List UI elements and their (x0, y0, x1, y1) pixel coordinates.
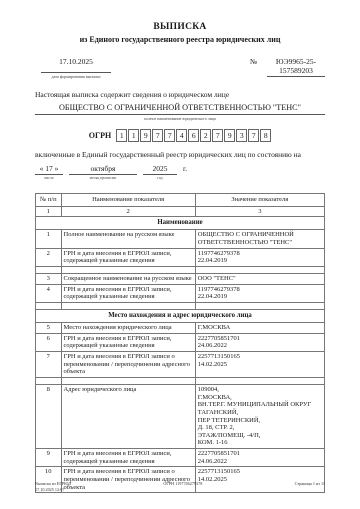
as-of-month: октября месяц прописью (69, 164, 137, 180)
row-number: 2 (36, 248, 62, 266)
year-suffix: г. (183, 164, 187, 173)
as-of-month-caption: месяц прописью (90, 176, 117, 180)
table-row: 1Полное наименование на русском языкеОБЩ… (36, 230, 325, 248)
row-number: 1 (36, 230, 62, 248)
table-row: 7ГРН и дата внесения в ЕГРЮЛ записи о пе… (36, 351, 325, 377)
as-of-year-value: 2025 (143, 164, 177, 175)
ogrn-digit: 7 (212, 129, 223, 142)
formation-date: 17.10.2025 (41, 57, 111, 73)
row-number: 9 (36, 449, 62, 467)
section-title: Наименование (36, 217, 325, 230)
document-number-block: № ЮЭ9965-25- 157589203 (250, 57, 325, 77)
document-subtitle: из Единого государственного реестра юрид… (35, 35, 325, 44)
footer-left: Выписка из ЕГРЮЛ 17.10.2025 12:07 (35, 481, 71, 493)
indicator-value: 1197746279378 22.04.2019 (195, 248, 324, 266)
spacer-row (36, 377, 325, 384)
section-row: Место нахождения и адрес юридического ли… (36, 309, 325, 322)
indicator-value: ОБЩЕСТВО С ОГРАНИЧЕННОЙ ОТВЕТСТВЕННОСТЬЮ… (195, 230, 324, 248)
indicator-table-body: Наименование1Полное наименование на русс… (36, 217, 325, 493)
column-number-3: 3 (195, 206, 324, 217)
indicator-value: 2227705851701 24.06.2022 (195, 449, 324, 467)
spacer-cell (195, 302, 324, 309)
ogrn-digit: 3 (236, 129, 247, 142)
ogrn-digit: 6 (188, 129, 199, 142)
ogrn-row: ОГРН 1197746279378 (35, 129, 325, 142)
section-row: Наименование (36, 217, 325, 230)
header-cell-value: Значение показателя (195, 194, 324, 207)
indicator-value: 109004, Г.МОСКВА, ВН.ТЕР.Г. МУНИЦИПАЛЬНЫ… (195, 384, 324, 448)
indicator-table: № п/п Наименование показателя Значение п… (35, 193, 325, 493)
spacer-cell (61, 266, 195, 273)
document-number: ЮЭ9965-25- 157589203 (267, 57, 325, 77)
header-cell-name: Наименование показателя (61, 194, 195, 207)
row-number: 3 (36, 273, 62, 284)
indicator-name: ГРН и дата внесения в ЕГРЮЛ записи, соде… (61, 284, 195, 302)
as-of-month-value: октября (69, 164, 137, 175)
indicator-name: Полное наименование на русском языке (61, 230, 195, 248)
indicator-value: 1197746279378 22.04.2019 (195, 284, 324, 302)
indicator-value: 2227705851701 24.06.2022 (195, 333, 324, 351)
ogrn-digit: 9 (224, 129, 235, 142)
meta-row: 17.10.2025 дата формирования выписки № Ю… (35, 57, 325, 79)
ogrn-digit: 1 (128, 129, 139, 142)
spacer-row (36, 266, 325, 273)
row-number: 5 (36, 322, 62, 333)
spacer-cell (195, 266, 324, 273)
company-name-caption: полное наименование юридического лица (35, 116, 325, 121)
table-row: 8Адрес юридического лица109004, Г.МОСКВА… (36, 384, 325, 448)
row-number: 4 (36, 284, 62, 302)
table-row: 3Сокращенное наименование на русском язы… (36, 273, 325, 284)
table-row: 5Место нахождения юридического лицаГ.МОС… (36, 322, 325, 333)
spacer-cell (36, 266, 62, 273)
page-footer: Выписка из ЕГРЮЛ 17.10.2025 12:07 ОГРН 1… (35, 481, 325, 493)
spacer-cell (36, 302, 62, 309)
ogrn-digit-boxes: 1197746279378 (116, 129, 271, 142)
indicator-name: Сокращенное наименование на русском язык… (61, 273, 195, 284)
column-number-row: 1 2 3 (36, 206, 325, 217)
column-number-1: 1 (36, 206, 62, 217)
spacer-row (36, 302, 325, 309)
header-row: № п/п Наименование показателя Значение п… (36, 194, 325, 207)
footer-timestamp: 17.10.2025 12:07 (35, 487, 71, 493)
table-row: 6ГРН и дата внесения в ЕГРЮЛ записи, сод… (36, 333, 325, 351)
spacer-cell (195, 377, 324, 384)
formation-date-caption: дата формирования выписки (41, 74, 111, 79)
spacer-cell (61, 377, 195, 384)
ogrn-digit: 7 (152, 129, 163, 142)
document-number-line1: ЮЭ9965-25- (267, 57, 325, 66)
row-number: 8 (36, 384, 62, 448)
formation-date-block: 17.10.2025 дата формирования выписки (41, 57, 111, 79)
indicator-name: Место нахождения юридического лица (61, 322, 195, 333)
table-row: 4ГРН и дата внесения в ЕГРЮЛ записи, сод… (36, 284, 325, 302)
egrul-extract-page: ВЫПИСКА из Единого государственного реес… (0, 0, 360, 509)
ogrn-label: ОГРН (89, 131, 111, 140)
number-sign: № (250, 57, 257, 66)
ogrn-digit: 7 (164, 129, 175, 142)
table-row: 9ГРН и дата внесения в ЕГРЮЛ записи, сод… (36, 449, 325, 467)
indicator-value: Г.МОСКВА (195, 322, 324, 333)
indicator-name: ГРН и дата внесения в ЕГРЮЛ записи, соде… (61, 333, 195, 351)
indicator-table-head: № п/п Наименование показателя Значение п… (36, 194, 325, 217)
as-of-day-caption: число (44, 176, 53, 180)
document-number-line2: 157589203 (267, 66, 325, 75)
row-number: 6 (36, 333, 62, 351)
ogrn-digit: 9 (140, 129, 151, 142)
header-cell-num: № п/п (36, 194, 62, 207)
ogrn-digit: 4 (176, 129, 187, 142)
footer-page-number: Страница 1 из 11 (295, 481, 325, 486)
indicator-name: ГРН и дата внесения в ЕГРЮЛ записи, соде… (61, 248, 195, 266)
intro-line: Настоящая выписка содержит сведения о юр… (35, 90, 325, 99)
as-of-year-caption: год (157, 176, 162, 180)
as-of-day: « 17 » число (35, 164, 63, 180)
column-number-2: 2 (61, 206, 195, 217)
ogrn-digit: 1 (116, 129, 127, 142)
spacer-cell (61, 302, 195, 309)
indicator-value: 2257713150165 14.02.2025 (195, 351, 324, 377)
indicator-value: ООО "ТЕНС" (195, 273, 324, 284)
section-title: Место нахождения и адрес юридического ли… (36, 309, 325, 322)
company-name: ОБЩЕСТВО С ОГРАНИЧЕННОЙ ОТВЕТСТВЕННОСТЬЮ… (35, 103, 325, 115)
indicator-name: ГРН и дата внесения в ЕГРЮЛ записи, соде… (61, 449, 195, 467)
as-of-day-value: « 17 » (35, 164, 63, 175)
as-of-year: 2025 год (143, 164, 177, 180)
footer-ogrn: ОГРН 1197746279378 (163, 481, 202, 486)
ogrn-digit: 7 (248, 129, 259, 142)
row-number: 7 (36, 351, 62, 377)
footer-doc-type: Выписка из ЕГРЮЛ (35, 481, 71, 487)
indicator-name: Адрес юридического лица (61, 384, 195, 448)
included-line: включенные в Единый государственный реес… (35, 150, 325, 159)
as-of-date-line: « 17 » число октября месяц прописью 2025… (35, 164, 325, 180)
indicator-name: ГРН и дата внесения в ЕГРЮЛ записи о пер… (61, 351, 195, 377)
document-title: ВЫПИСКА (35, 22, 325, 32)
table-row: 2ГРН и дата внесения в ЕГРЮЛ записи, сод… (36, 248, 325, 266)
spacer-cell (36, 377, 62, 384)
ogrn-digit: 2 (200, 129, 211, 142)
ogrn-digit: 8 (260, 129, 271, 142)
